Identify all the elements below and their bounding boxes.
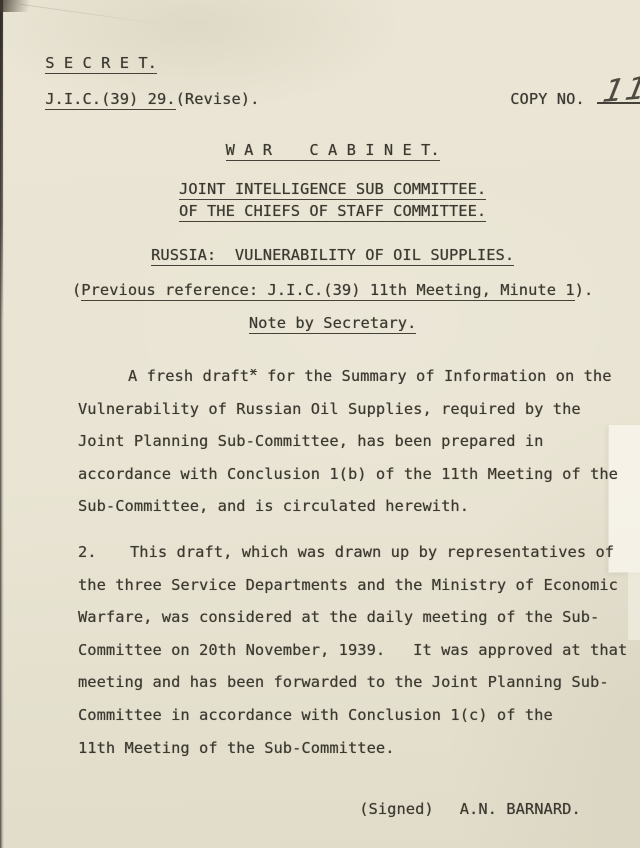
paragraph-line: accordance with Conclusion 1(b) of the 1… (78, 458, 634, 491)
paragraph-2: 2.This draft, which was drawn up by repr… (78, 536, 634, 764)
copy-number-blank: 11 (597, 90, 640, 104)
document-reference: J.I.C.(39) 29.(Revise). (8, 72, 259, 126)
note-by-secretary-heading: Note by Secretary. (0, 296, 628, 350)
signed-label: (Signed) (359, 800, 433, 818)
copy-number-handwritten: 11 (600, 73, 640, 108)
paragraph-line: Warfare, was considered at the daily mee… (78, 601, 634, 634)
paragraph-2-number: 2. (78, 536, 130, 569)
paragraph-line: the three Service Departments and the Mi… (78, 569, 634, 602)
paragraph-line: A fresh draftx for the Summary of Inform… (78, 356, 634, 393)
copy-no-label: COPY NO. (510, 90, 584, 108)
reference-revise: (Revise). (176, 90, 260, 108)
paper-crease (19, 4, 168, 26)
document-page: S E C R E T. J.I.C.(39) 29.(Revise). COP… (0, 0, 640, 848)
paragraph-line: Vulnerability of Russian Oil Supplies, r… (78, 393, 634, 426)
paragraph-line: Committee in accordance with Conclusion … (78, 699, 634, 732)
paragraph-line: 2.This draft, which was drawn up by repr… (78, 536, 634, 569)
paragraph-line: meeting and has been forwarded to the Jo… (78, 666, 634, 699)
footnote-marker: x (250, 356, 257, 389)
paragraph-line: Joint Planning Sub-Committee, has been p… (78, 425, 634, 458)
paragraph-line: 11th Meeting of the Sub-Committee. (78, 732, 634, 765)
paragraph-line: Sub-Committee, and is circulated herewit… (78, 490, 634, 523)
signature-name: A.N. BARNARD. (460, 800, 581, 818)
paragraph-line: Committee on 20th November, 1939. It was… (78, 634, 634, 667)
copy-number-block: COPY NO.11 (473, 72, 640, 126)
reference-number: J.I.C.(39) 29. (45, 90, 175, 110)
classification-text: S E C R E T. (45, 54, 157, 74)
signature-block: (Signed)A.N. BARNARD. (322, 782, 581, 836)
paragraph-1: A fresh draftx for the Summary of Inform… (78, 356, 634, 523)
